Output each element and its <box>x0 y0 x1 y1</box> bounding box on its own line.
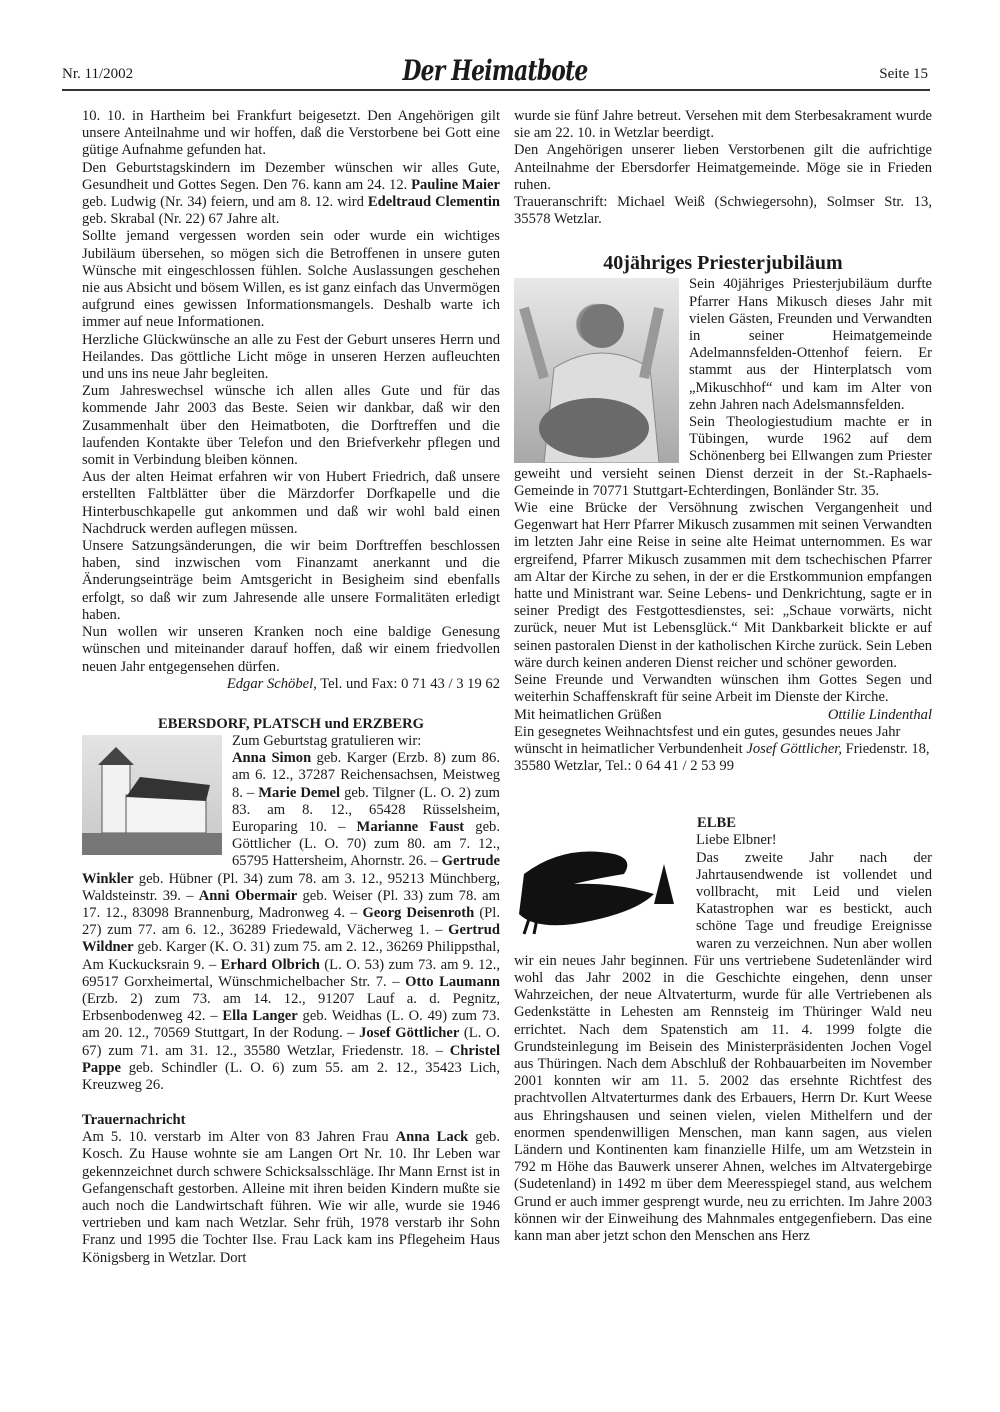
paragraph: Herzliche Glückwünsche an alle zu Fest d… <box>82 332 500 384</box>
section-heading-elbe: ELBE <box>697 814 932 832</box>
issue-number: Nr. 11/2002 <box>62 66 133 83</box>
church-photo <box>82 735 222 855</box>
left-column: 10. 10. in Hartheim bei Frankfurt beiges… <box>82 108 500 1267</box>
signature: Edgar Schöbel, Tel. und Fax: 0 71 43 / 3… <box>82 676 500 693</box>
paragraph: 10. 10. in Hartheim bei Frankfurt beiges… <box>82 108 500 160</box>
priest-photo <box>514 278 679 463</box>
paragraph: Sollte jemand vergessen worden sein oder… <box>82 228 500 331</box>
page-number: Seite 15 <box>879 66 928 83</box>
section-heading-ebersdorf: EBERSDORF, PLATSCH und ERZBERG <box>82 715 500 733</box>
greeting-line: Mit heimatlichen GrüßenOttilie Lindentha… <box>514 707 932 724</box>
mourning-address: Traueranschrift: Michael Weiß (Schwieger… <box>514 194 932 228</box>
mourning-notice: Am 5. 10. verstarb im Alter von 83 Jahre… <box>82 1129 500 1267</box>
paragraph: Aus der alten Heimat erfahren wir von Hu… <box>82 469 500 538</box>
christmas-wish: Ein gesegnetes Weihnachtsfest und ein gu… <box>514 724 932 776</box>
paragraph: Wie eine Brücke der Versöhnung zwischen … <box>514 500 932 672</box>
paragraph: Unsere Satzungsänderungen, die wir beim … <box>82 538 500 624</box>
paragraph: Nun wollen wir unseren Kranken noch eine… <box>82 624 500 676</box>
page-header: Nr. 11/2002 Der Heimatbote Seite 15 <box>62 58 928 88</box>
paragraph: wurde sie fünf Jahre betreut. Versehen m… <box>514 108 932 142</box>
masthead-logo: Der Heimatbote <box>402 54 587 87</box>
section-heading-jubilee: 40jähriges Priesterjubiläum <box>514 250 932 276</box>
paragraph: Zum Jahreswechsel wünsche ich allen alle… <box>82 383 500 469</box>
paragraph: Den Angehörigen unserer lieben Verstorbe… <box>514 142 932 194</box>
header-divider <box>62 89 930 91</box>
paragraph-birthdays-december: Den Geburtstagskindern im Dezember wünsc… <box>82 160 500 229</box>
right-column: wurde sie fünf Jahre betreut. Versehen m… <box>514 108 932 1245</box>
paragraph: Seine Freunde und Verwandten wünschen ih… <box>514 672 932 706</box>
section-heading-mourning: Trauernachricht <box>82 1111 500 1129</box>
landscape-drawing <box>514 834 686 944</box>
